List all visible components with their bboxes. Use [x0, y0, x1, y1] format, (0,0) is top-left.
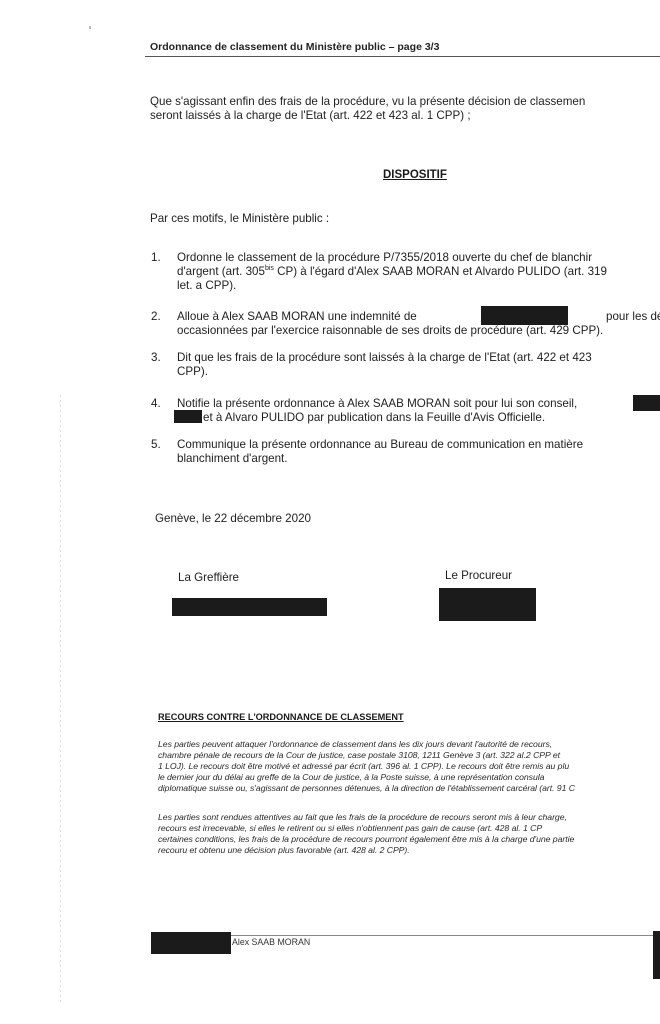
section-heading: DISPOSITIF	[383, 169, 447, 181]
recours-p2-line: recouru et obtenu une décision plus favo…	[158, 845, 410, 856]
redacted-counsel-name	[633, 395, 660, 411]
redacted-amount	[481, 306, 568, 325]
document-page: Ordonnance de classement du Ministère pu…	[0, 0, 660, 1024]
superscript: bis	[265, 265, 274, 272]
item-line: Alloue à Alex SAAB MORAN une indemnité d…	[177, 310, 417, 324]
item-line: occasionnées par l'exercice raisonnable …	[177, 324, 603, 338]
recours-p1-line: 1 LOJ). Le recours doit être motivé et a…	[158, 761, 569, 772]
scan-artifact	[60, 395, 61, 1005]
item-line: Communique la présente ordonnance au Bur…	[177, 438, 583, 452]
item-line: let. a CPP).	[177, 279, 236, 293]
item-line: et à Alvaro PULIDO par publication dans …	[203, 411, 545, 425]
redacted-counsel-name	[174, 410, 202, 423]
recours-p1-line: Les parties peuvent attaquer l'ordonnanc…	[158, 739, 552, 750]
item-line: Dit que les frais de la procédure sont l…	[177, 351, 592, 365]
scan-speck	[89, 26, 91, 29]
header-rule	[145, 56, 660, 57]
recours-p2-line: Les parties sont rendues attentives au f…	[158, 812, 567, 823]
place-date: Genève, le 22 décembre 2020	[155, 512, 311, 526]
redacted-footer-edge	[653, 931, 660, 979]
preamble: Par ces motifs, le Ministère public :	[150, 212, 329, 226]
intro-line-1: Que s'agissant enfin des frais de la pro…	[150, 95, 585, 109]
item-line: Notifie la présente ordonnance à Alex SA…	[177, 397, 577, 411]
page-header: Ordonnance de classement du Ministère pu…	[150, 41, 439, 53]
item-line: d'argent (art. 305bis CP) à l'égard d'Al…	[177, 265, 607, 279]
item-text: CP) à l'égard d'Alex SAAB MORAN et Alvar…	[274, 265, 607, 278]
recours-p2-line: certaines conditions, les frais de la pr…	[158, 834, 574, 845]
item-number: 2.	[151, 310, 161, 324]
footer-rule	[230, 935, 660, 936]
redacted-signature-procureur	[439, 588, 536, 621]
item-number: 3.	[151, 351, 161, 365]
item-number: 1.	[151, 251, 161, 265]
signature-label-greffiere: La Greffière	[178, 571, 239, 584]
recours-title: RECOURS CONTRE L'ORDONNANCE DE CLASSEMEN…	[158, 712, 404, 722]
redacted-footer-field	[151, 932, 231, 954]
item-line: pour les dépe	[606, 310, 660, 324]
signature-label-procureur: Le Procureur	[445, 569, 512, 582]
recours-p1-line: chambre pénale de recours de la Cour de …	[158, 750, 560, 761]
footer-recipient: Alex SAAB MORAN	[232, 937, 310, 947]
intro-line-2: seront laissés à la charge de l'Etat (ar…	[150, 109, 471, 123]
redacted-signature-greffiere	[172, 598, 327, 616]
item-line: Ordonne le classement de la procédure P/…	[177, 251, 592, 265]
recours-p2-line: recours est irrecevable, si elles le ret…	[158, 823, 542, 834]
item-line: CPP).	[177, 365, 208, 379]
recours-p1-line: le dernier jour du délai au greffe de la…	[158, 772, 544, 783]
item-number: 5.	[151, 438, 161, 452]
item-text: d'argent (art. 305	[177, 265, 265, 278]
item-line: blanchiment d'argent.	[177, 452, 288, 466]
item-number: 4.	[151, 397, 161, 411]
recours-p1-line: diplomatique suisse ou, s'agissant de pe…	[158, 783, 575, 794]
